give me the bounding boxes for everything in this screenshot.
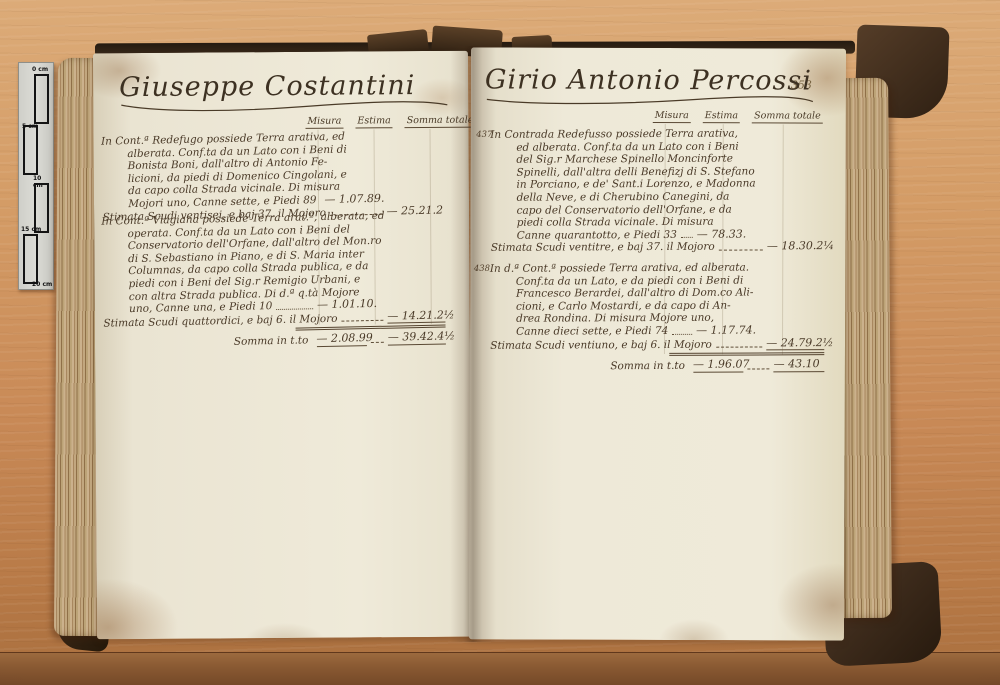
ledger-entry: 437 In Contrada Redefusso possiede Terra… [490, 127, 825, 255]
leader-dots [672, 333, 692, 334]
scale-label-20cm: 20 cm [32, 281, 52, 288]
entry-body: In d.ª Cont.ª possiede Terra arativa, ed… [490, 261, 824, 326]
column-header-misura: Misura [653, 110, 691, 123]
totals-somma: 39.42.4½ [388, 331, 446, 346]
right-column-headers: Misura Estima Somma totale [653, 110, 823, 124]
ledger-entry: In Cont.ª Viagiana possiede Terra arat.ª… [101, 208, 446, 351]
somma-value: 14.21.2½ [387, 309, 445, 324]
totals-misura: 2.08.99 [316, 332, 366, 347]
stimata-text: Stimata Scudi ventitre, e baj 37. il Moj… [491, 241, 715, 255]
misura-value: 1.17.74. [696, 325, 746, 338]
misura-value: 1.01.10. [317, 298, 367, 312]
ledger-entry: 438 In d.ª Cont.ª possiede Terra arativa… [490, 261, 825, 373]
stimata-text: Stimata Scudi ventiuno, e baj 6. il Mojo… [490, 338, 712, 352]
scale-label-15cm: 15 cm [21, 226, 41, 233]
photo-of-open-ledger: 0 cm 5 cm 10 cm 15 cm 20 cm Giuseppe Cos… [0, 0, 1000, 685]
misura-value: 78.33. [697, 228, 747, 241]
totals-label: Somma in t.to [104, 335, 309, 352]
right-page: 353 Girio Antonio Percossi Misura Estima… [469, 47, 846, 640]
entry-number: 438 [474, 263, 490, 276]
measure-text: Canne dieci sette, e Piedi 74 [490, 325, 668, 339]
leader-dashes [716, 347, 762, 348]
column-header-somma-totale: Somma totale [752, 110, 823, 123]
measurement-scale: 0 cm 5 cm 10 cm 15 cm 20 cm [18, 62, 54, 290]
leader-dashes [719, 249, 763, 250]
stimata-row: Stimata Scudi ventiuno, e baj 6. il Mojo… [490, 337, 824, 352]
leader-dots [681, 237, 693, 238]
column-header-estima: Estima [355, 115, 392, 128]
entry-number: 437 [476, 129, 492, 142]
totals-misura: 1.96.07 [693, 359, 743, 373]
right-page-header: Girio Antonio Percossi [485, 65, 815, 106]
left-page: Giuseppe Costantini Misura Estima Somma … [93, 51, 472, 640]
totals-row: Somma in t.to 2.08.99 39.42.4½ [104, 331, 446, 352]
entry-body: In Cont.ª Viagiana possiede Terra arat.ª… [101, 208, 445, 303]
column-header-somma-totale: Somma totale [405, 115, 476, 128]
leader-dashes [747, 368, 770, 369]
scale-label-0cm: 0 cm [32, 66, 48, 73]
somma-value: 24.79.2½ [766, 337, 824, 351]
scale-segment-4 [23, 234, 38, 284]
entry-body: In Contrada Redefusso possiede Terra ara… [490, 127, 825, 229]
misura-value: 1.07.89. [324, 193, 374, 207]
column-header-misura: Misura [305, 116, 343, 129]
totals-row: Somma in t.to 1.96.07 43.10 [490, 358, 824, 373]
left-page-content: Giuseppe Costantini Misura Estima Somma … [93, 51, 472, 640]
stimata-row: Stimata Scudi ventitre, e baj 37. il Moj… [491, 240, 825, 254]
left-column-headers: Misura Estima Somma totale [305, 115, 475, 129]
totals-label: Somma in t.to [490, 360, 685, 374]
somma-value: 18.30.2¼ [767, 240, 825, 253]
measure-text: Canne quarantotto, e Piedi 33 [491, 229, 677, 243]
scale-segment-2 [23, 125, 38, 175]
left-page-header: Giuseppe Costantini [119, 71, 449, 113]
leader-dots [276, 308, 313, 310]
scale-segment-1 [34, 74, 49, 124]
totals-somma: 43.10 [774, 358, 825, 372]
left-page-title: Giuseppe Costantini [119, 70, 415, 103]
leader-dashes [370, 342, 383, 343]
right-page-content: 353 Girio Antonio Percossi Misura Estima… [469, 47, 846, 640]
column-header-estima: Estima [703, 110, 740, 123]
leader-dashes [342, 320, 384, 322]
right-page-title: Girio Antonio Percossi [485, 64, 812, 96]
entry-body: In Cont.ª Redefugo possiede Terra arativ… [101, 128, 444, 198]
